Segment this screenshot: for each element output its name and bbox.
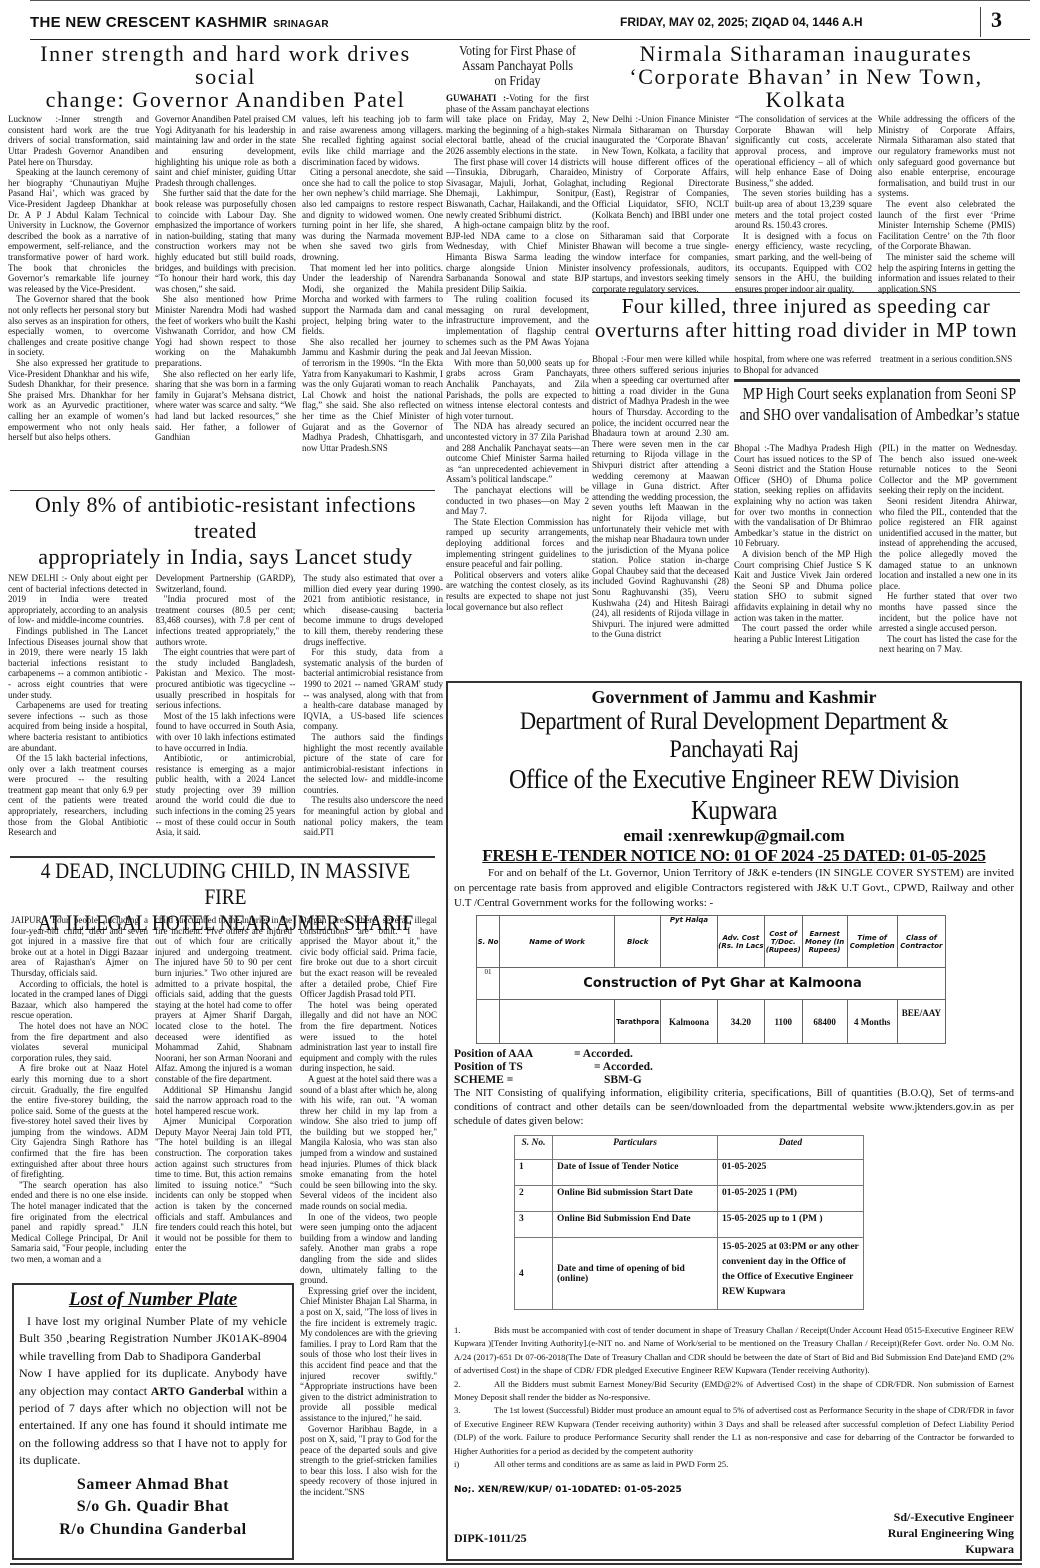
article-column: NEW DELHI :- Only about eight per cent o… — [8, 573, 148, 875]
table-row: 4 Date and time of opening of bid (onlin… — [515, 1238, 864, 1310]
paragraph: Development Partnership (GARDP), Switzer… — [156, 573, 296, 594]
label: Position of TS — [454, 1061, 594, 1074]
paragraph: The Governor shared that the book not on… — [8, 294, 149, 358]
table-row: Tarathpora Kalmoona 34.20 1100 68400 4 M… — [477, 1000, 946, 1044]
condition-item: 1.Bids must be accompanied with cost of … — [454, 1324, 1014, 1378]
condition-number: 2. — [454, 1378, 494, 1391]
signature-line-2: Rural Engineering Wing — [888, 1525, 1014, 1541]
condition-text: The 1st lowest (Successful) Bidder must … — [454, 1405, 1014, 1455]
paragraph: Citing a personal anecdote, she said onc… — [302, 167, 443, 262]
article-column: values, left his teaching job to farm an… — [302, 114, 443, 509]
conditions-list: 1.Bids must be accompanied with cost of … — [454, 1324, 1014, 1471]
headline: Inner strength and hard work drives soci… — [8, 42, 443, 111]
dipk-number: DIPK-1011/25 — [454, 1531, 527, 1546]
divider — [734, 379, 1020, 382]
tender-department: Department of Rural Development Departme… — [482, 708, 986, 764]
article-mp-court-col2: (PIL) in the matter on Wednesday. The be… — [879, 443, 1017, 653]
page-number: 3 — [980, 7, 1002, 37]
cell-dated: 15-05-2025 up to 1 (PM ) — [718, 1212, 864, 1238]
tender-footer: DIPK-1011/25 Sd/-Executive Engineer Rura… — [454, 1509, 1014, 1568]
notice-para-1: I have lost my original Number Plate of … — [19, 1313, 287, 1365]
article-sitharaman: Nirmala Sitharaman inaugurates ‘Corporat… — [592, 42, 1020, 312]
paragraph: Lucknow :-Inner strength and consistent … — [8, 114, 149, 167]
contact-authority: ARTO Ganderbal — [151, 1384, 244, 1398]
article-ajmer-col3: Dargah area where several illegal constr… — [300, 915, 437, 1560]
cell-dated: 15-05-2025 at 03:PM or any other conveni… — [718, 1238, 864, 1310]
paragraph: The ruling coalition focused its messagi… — [446, 294, 589, 358]
article-column: While addressing the officers of the Min… — [878, 114, 1015, 312]
paragraph: Bhopal :-Four men were killed while thre… — [592, 354, 729, 640]
cell-particular: Online Bid submission Start Date — [553, 1186, 718, 1212]
paragraph: A high-octane campaign blitz by the BJP-… — [446, 220, 589, 294]
condition-item: 2.All the Bidders must submit Earnest Mo… — [454, 1378, 1014, 1405]
condition-text: Bids must be accompanied with cost of te… — [454, 1325, 1014, 1375]
col-dated: Dated — [718, 1136, 864, 1160]
table-row: 3 Online Bid Submission End Date 15-05-2… — [515, 1212, 864, 1238]
paragraph: GUWAHATI :-Voting for the first phase of… — [446, 93, 589, 157]
article-mp-accident-col1: Bhopal :-Four men were killed while thre… — [592, 354, 729, 652]
paragraph: The first phase will cover 14 districts—… — [446, 157, 589, 221]
col-adv-cost: Adv. Cost (Rs. In Lacs — [717, 916, 764, 968]
paragraph: For this study, data from a systematic a… — [303, 647, 443, 732]
col-earnest-money: Earnest Money (In Rupees) — [802, 916, 847, 968]
tender-email: email :xenrewkup@gmail.com — [454, 826, 1014, 846]
paragraph: The results also underscore the need for… — [303, 795, 443, 837]
article-governor: Inner strength and hard work drives soci… — [8, 42, 443, 509]
cell-emd: 68400 — [802, 1000, 847, 1044]
paragraph: JAIPUR:- Four people, including a four-y… — [11, 915, 148, 979]
col-doc-cost: Cost of T/Doc. (Rupees) — [764, 916, 802, 968]
headline-line-1: 4 DEAD, INCLUDING CHILD, IN MASSIVE FIRE — [34, 858, 417, 910]
page-bottom-rule — [10, 1563, 1022, 1565]
headline-line-2: change: Governor Anandiben Patel — [8, 88, 443, 111]
tender-intro: For and on behalf of the Lt. Governor, U… — [454, 866, 1014, 911]
paragraph: “The consolidation of services at the Co… — [735, 114, 872, 188]
paragraph: Governor Haribhau Bagde, in a post on X,… — [300, 1424, 437, 1498]
signature-line-3: Kupwara — [888, 1541, 1014, 1557]
headline: MP High Court seeks explanation from Seo… — [736, 383, 1023, 425]
paragraph: Most of the 15 lakh infections were foun… — [156, 711, 296, 753]
col-time: Time of Completion — [847, 916, 897, 968]
cell-sno: 1 — [515, 1160, 553, 1186]
tender-signature: Sd/-Executive Engineer Rural Engineering… — [888, 1509, 1014, 1557]
paragraph: The authors said the findings highlight … — [303, 732, 443, 796]
headline-line-1: Only 8% of antibiotic-resistant infectio… — [8, 492, 443, 544]
value: = Accorded. — [574, 1048, 633, 1060]
paper-city: SRINAGAR — [273, 19, 329, 30]
table-header-row: S. No Name of Work Block Pyt Halqa Adv. … — [477, 916, 946, 968]
cell-class: BEE/AAY — [897, 1000, 945, 1044]
headline-line-2: overturns after hitting road divider in … — [592, 318, 1020, 342]
dateline: GUWAHATI :- — [446, 93, 509, 103]
paragraph: The court has listed the case for the ne… — [879, 634, 1017, 653]
paragraph: In one of the videos, two people were se… — [300, 1212, 437, 1286]
position-ts: Position of TS= Accorded. — [454, 1061, 1014, 1074]
article-column: Lucknow :-Inner strength and consistent … — [8, 114, 149, 509]
headline-line-2: ‘Corporate Bhavan’ in New Town, Kolkata — [592, 65, 1020, 111]
paragraph: The State Election Commission has ramped… — [446, 517, 589, 570]
article-mp-court: MP High Court seeks explanation from Seo… — [734, 383, 1020, 425]
value: SBM-G — [604, 1074, 642, 1086]
paragraph: "India procured most of the treatment co… — [156, 594, 296, 647]
paragraph: According to officials, the hotel is loc… — [11, 979, 148, 1021]
paragraph: "The search operation has also ended and… — [11, 1180, 148, 1265]
table-row: 2 Online Bid submission Start Date 01-05… — [515, 1186, 864, 1212]
paragraph: NEW DELHI :- Only about eight per cent o… — [8, 573, 148, 626]
headline-line-1: Four killed, three injured as speeding c… — [592, 294, 1020, 318]
paragraph: The minister said the scheme will help t… — [878, 252, 1015, 294]
signer-father: S/o Gh. Quadir Bhat — [19, 1496, 287, 1519]
cell-time: 4 Months — [847, 1000, 897, 1044]
paragraph: Bhopal :-The Madhya Pradesh High Court h… — [734, 443, 872, 549]
paragraph: Of the 15 lakh bacterial infections, onl… — [8, 753, 148, 838]
paragraph: She further said that the date for the b… — [155, 188, 296, 294]
paragraph: The hotel does not have an NOC from the … — [11, 1021, 148, 1063]
paragraph: Governor Anandiben Patel praised CM Yogi… — [155, 114, 296, 188]
col-pyt-halqa: Pyt Halqa — [661, 916, 718, 968]
article-column: Development Partnership (GARDP), Switzer… — [156, 573, 296, 875]
condition-item: 3.The 1st lowest (Successful) Bidder mus… — [454, 1404, 1014, 1458]
paragraph: Ajmer Municipal Corporation Deputy Mayor… — [155, 1116, 292, 1254]
paragraph: He further stated that over two months h… — [879, 591, 1017, 633]
headline: Four killed, three injured as speeding c… — [592, 294, 1020, 342]
article-body: Lucknow :-Inner strength and consistent … — [8, 114, 443, 509]
paragraph: The NDA has already secured an uncontest… — [446, 421, 589, 485]
notice-signature: Sameer Ahmad Bhat S/o Gh. Quadir Bhat R/… — [19, 1474, 287, 1542]
cell-work-name: Construction of Pyt Ghar at Kalmoona — [500, 968, 946, 1000]
cell-particular: Online Bid Submission End Date — [553, 1212, 718, 1238]
table-header-row: S. No. Particulars Dated — [515, 1136, 864, 1160]
paragraph: The court passed the order while hearing… — [734, 623, 872, 644]
label: SCHEME = — [454, 1074, 594, 1087]
cell-particular: Date of Issue of Tender Notice — [553, 1160, 718, 1186]
notice-para-2: Now I have applied for its duplicate. An… — [19, 1365, 287, 1469]
paragraph: values, left his teaching job to farm an… — [302, 114, 443, 167]
paragraph: Seoni resident Jitendra Ahirwar, who fil… — [879, 496, 1017, 591]
paragraph: The eight countries that were part of th… — [156, 647, 296, 711]
works-table: S. No Name of Work Block Pyt Halqa Adv. … — [476, 915, 946, 1044]
paragraph: That moment led her into politics. Under… — [302, 263, 443, 337]
paragraph: The seven stories building has a built-u… — [735, 188, 872, 230]
paragraph: A guest at the hotel said there was a so… — [300, 1074, 437, 1212]
paragraph: Additional SP Himanshu Jangid said the n… — [155, 1085, 292, 1117]
table-row: 01 Construction of Pyt Ghar at Kalmoona — [477, 968, 946, 1000]
cell-dated: 01-05-2025 1 (PM) — [718, 1186, 864, 1212]
col-particulars: Particulars — [553, 1136, 718, 1160]
paragraph: The panchayat elections will be conducte… — [446, 485, 589, 517]
value: = Accorded. — [594, 1061, 653, 1073]
scheme: SCHEME =SBM-G — [454, 1074, 1014, 1087]
article-mp-accident-col2: hospital, from where one was referred to… — [734, 354, 871, 378]
divider — [592, 292, 1020, 293]
headline-line-1: MP High Court seeks explanation from Seo… — [736, 383, 1023, 404]
paragraph: She also reflected on her early life, sh… — [155, 369, 296, 443]
headline-line-1: Nirmala Sitharaman inaugurates — [592, 42, 1020, 65]
paragraph: The event also celebrated the launch of … — [878, 199, 1015, 252]
cell-adv-cost: 34.20 — [717, 1000, 764, 1044]
cell-block: Tarathpora — [615, 1000, 661, 1044]
paragraph: She also expressed her gratitude to Vice… — [8, 358, 149, 443]
paragraph: It is designed with a focus on energy ef… — [735, 231, 872, 295]
tender-office: Office of the Executive Engineer REW Div… — [482, 764, 986, 826]
notice-title: Lost of Number Plate — [19, 1289, 287, 1311]
paragraph: Sitharaman said that Corporate Bhawan wi… — [592, 231, 729, 295]
article-column: The study also estimated that over a mil… — [303, 573, 443, 875]
paragraph: The study also estimated that over a mil… — [303, 573, 443, 647]
col-name-of-work: Name of Work — [500, 916, 615, 968]
label: Position of AAA — [454, 1048, 574, 1061]
article-ajmer-col2: child succumbed to the injuries in the f… — [155, 915, 292, 1270]
col-sno: S. No. — [515, 1136, 553, 1160]
tender-government: Government of Jammu and Kashmir — [454, 687, 1014, 708]
paper-name: THE NEW CRESCENT KASHMIRSRINAGAR — [30, 14, 329, 31]
cell-empty — [500, 1000, 615, 1044]
signature-line-1: Sd/-Executive Engineer — [888, 1509, 1014, 1525]
signer-residence: R/o Chundina Ganderbal — [19, 1519, 287, 1542]
position-aaa: Position of AAA= Accorded. — [454, 1048, 1014, 1061]
paragraph: Antibiotic, or antimicrobial, resistance… — [156, 753, 296, 838]
paragraph: She also mentioned how Prime Minister Na… — [155, 294, 296, 368]
divider — [10, 490, 435, 491]
article-mp-accident: Four killed, three injured as speeding c… — [592, 294, 1020, 342]
condition-text: All other terms and conditions are as sa… — [494, 1459, 728, 1469]
condition-number: 3. — [454, 1404, 494, 1417]
headline: Only 8% of antibiotic-resistant infectio… — [8, 492, 443, 570]
paragraph: She also recalled her journey to Jammu a… — [302, 337, 443, 454]
tender-notice-title: FRESH E-TENDER NOTICE NO: 01 OF 2024 -25… — [454, 846, 1014, 866]
col-block: Block — [615, 916, 661, 968]
cell-sno: 4 — [515, 1238, 553, 1310]
article-column: “The consolidation of services at the Co… — [735, 114, 872, 312]
paragraph: hospital, from where one was referred to… — [734, 354, 871, 375]
headline-line-1: Inner strength and hard work drives soci… — [8, 42, 443, 88]
schedule-table: S. No. Particulars Dated 1 Date of Issue… — [514, 1135, 864, 1310]
article-lancet: Only 8% of antibiotic-resistant infectio… — [8, 492, 443, 875]
article-column: Governor Anandiben Patel praised CM Yogi… — [155, 114, 296, 509]
paragraph: Dargah area where several illegal constr… — [300, 915, 437, 1000]
cell-sno: 01 — [477, 968, 500, 1000]
condition-number: i) — [454, 1458, 494, 1471]
paragraph: Carbapenems are used for treating severe… — [8, 700, 148, 753]
paragraph: (PIL) in the matter on Wednesday. The be… — [879, 443, 1017, 496]
paragraph: The hotel was being operated illegally a… — [300, 1000, 437, 1074]
headline: Nirmala Sitharaman inaugurates ‘Corporat… — [592, 42, 1020, 111]
paragraph: Political observers and voters alike are… — [446, 570, 589, 612]
paragraph: New Delhi :-Union Finance Minister Nirma… — [592, 114, 729, 231]
cell-doc-cost: 1100 — [764, 1000, 802, 1044]
date-line: FRIDAY, MAY 02, 2025; ZIQAD 04, 1446 A.H — [620, 15, 863, 29]
paragraph: treatment in a serious condition.SNS — [880, 354, 1017, 365]
article-mp-court-col1: Bhopal :-The Madhya Pradesh High Court h… — [734, 443, 872, 653]
paragraph: A fire broke out at Naaz Hotel early thi… — [11, 1063, 148, 1180]
cell-halqa: Kalmoona — [661, 1000, 718, 1044]
col-sno: S. No — [477, 916, 500, 968]
cell-dated: 01-05-2025 — [718, 1160, 864, 1186]
condition-item: i)All other terms and conditions are as … — [454, 1458, 1014, 1471]
paragraph: A division bench of the MP High Court co… — [734, 549, 872, 623]
paragraph: While addressing the officers of the Min… — [878, 114, 1015, 199]
paragraph: With more than 50,000 seats up for grabs… — [446, 358, 589, 422]
article-mp-accident-col3: treatment in a serious condition.SNS — [880, 354, 1017, 378]
position-block: Position of AAA= Accorded. Position of T… — [454, 1048, 1014, 1087]
cell-sno: 2 — [515, 1186, 553, 1212]
paragraph: Findings published in The Lancet Infecti… — [8, 626, 148, 700]
paragraph: Expressing grief over the incident, Chie… — [300, 1286, 437, 1424]
article-body: NEW DELHI :- Only about eight per cent o… — [8, 573, 443, 875]
lost-number-plate-notice: Lost of Number Plate I have lost my orig… — [12, 1283, 294, 1560]
headline: Voting for First Phase of Assam Panchaya… — [457, 44, 579, 89]
paragraph: Speaking at the launch ceremony of her b… — [8, 167, 149, 294]
signer-name: Sameer Ahmad Bhat — [19, 1474, 287, 1497]
masthead: THE NEW CRESCENT KASHMIRSRINAGAR FRIDAY,… — [30, 0, 1030, 40]
cell-sno: 3 — [515, 1212, 553, 1238]
paragraph: child succumbed to the injuries in the f… — [155, 915, 292, 1085]
reference-number: No;. XEN/REW/KUP/ 01-10DATED: 01-05-2025 — [454, 1485, 1014, 1495]
headline-line-2: and SHO over vandalisation of Ambedkar’s… — [736, 404, 1023, 425]
table-row: 1 Date of Issue of Tender Notice 01-05-2… — [515, 1160, 864, 1186]
nit-text: The NIT Consisting of qualifying informa… — [454, 1087, 1014, 1129]
tender-notice: Government of Jammu and Kashmir Departme… — [446, 681, 1022, 1561]
col-class: Class of Contractor — [897, 916, 945, 968]
article-body: New Delhi :-Union Finance Minister Nirma… — [592, 114, 1020, 312]
article-column: New Delhi :-Union Finance Minister Nirma… — [592, 114, 729, 312]
article-ajmer-col1: JAIPUR:- Four people, including a four-y… — [11, 915, 148, 1270]
condition-text: All the Bidders must submit Earnest Mone… — [454, 1379, 1014, 1402]
headline-line-2: appropriately in India, says Lancet stud… — [8, 544, 443, 570]
paper-title: THE NEW CRESCENT KASHMIR — [30, 14, 267, 31]
cell-empty — [477, 1000, 500, 1044]
condition-number: 1. — [454, 1324, 494, 1337]
cell-particular: Date and time of opening of bid (online) — [553, 1238, 718, 1310]
